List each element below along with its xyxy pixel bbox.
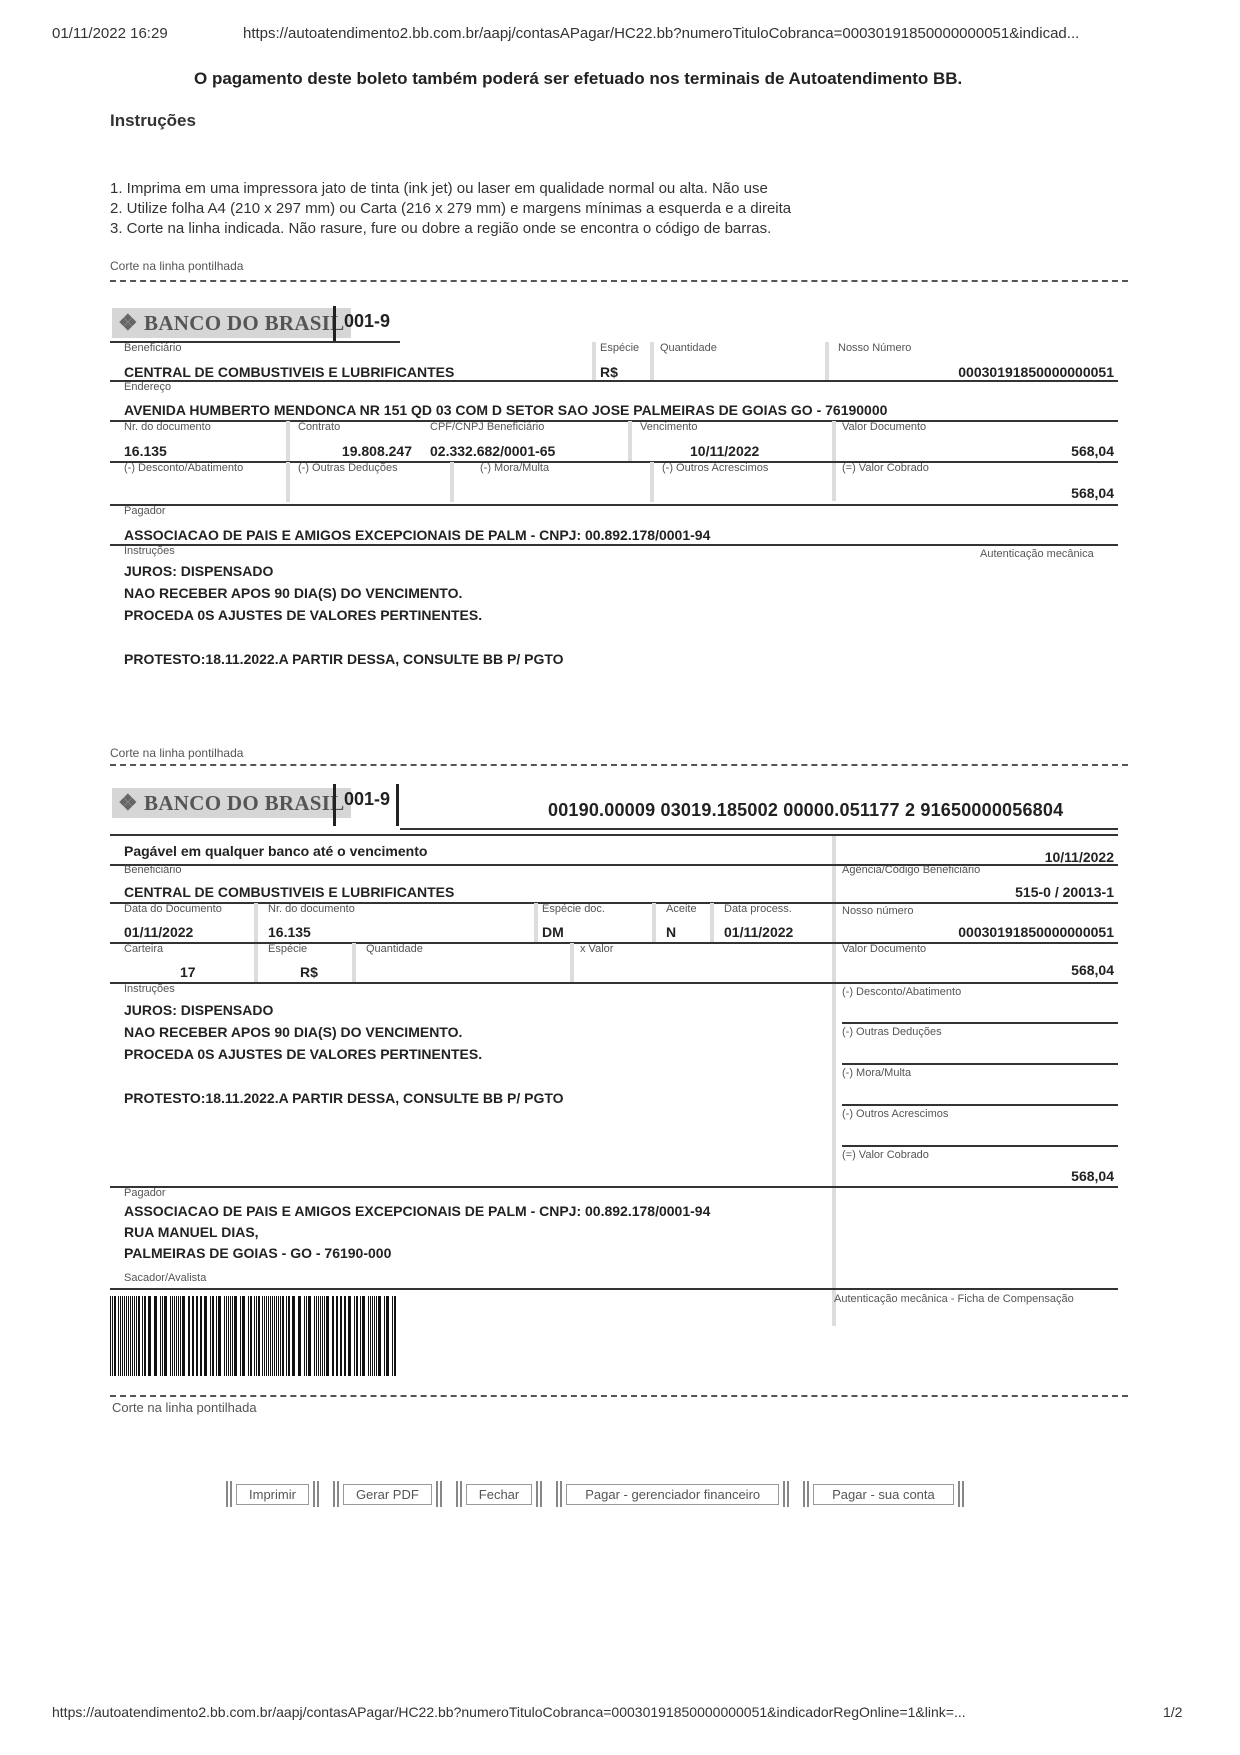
carteira-label: Carteira bbox=[124, 943, 163, 955]
pagador-label: Pagador bbox=[124, 1187, 166, 1199]
divider bbox=[652, 903, 656, 943]
instruction-line: PROTESTO:18.11.2022.A PARTIR DESSA, CONS… bbox=[124, 1087, 564, 1109]
divider bbox=[110, 504, 1118, 506]
bb-logo-icon: ❖ bbox=[118, 790, 138, 816]
divider bbox=[110, 834, 1118, 836]
pagador-value: ASSOCIACAO DE PAIS E AMIGOS EXCEPCIONAIS… bbox=[124, 1201, 710, 1264]
agencia-value: 515-0 / 20013-1 bbox=[842, 884, 1114, 900]
divider bbox=[110, 902, 1118, 904]
bank-name: BANCO DO BRASIL bbox=[144, 311, 345, 336]
divider bbox=[628, 421, 632, 461]
local-pagamento: Pagável em qualquer banco até o vencimen… bbox=[124, 843, 427, 859]
cut-line bbox=[110, 280, 1128, 282]
divider bbox=[110, 1288, 1118, 1290]
nr-documento-label: Nr. do documento bbox=[124, 421, 211, 433]
vencimento-value: 10/11/2022 bbox=[690, 443, 759, 459]
autenticacao-label: Autenticação mecânica bbox=[980, 548, 1094, 560]
divider bbox=[110, 544, 1118, 546]
divider bbox=[352, 943, 356, 983]
valor-documento-value: 568,04 bbox=[842, 443, 1114, 459]
instruction-line bbox=[124, 626, 564, 648]
payment-notice: O pagamento deste boleto também poderá s… bbox=[194, 69, 962, 89]
instructions-title: Instruções bbox=[110, 111, 196, 131]
instruction-line: PROTESTO:18.11.2022.A PARTIR DESSA, CONS… bbox=[124, 648, 564, 670]
bank-name: BANCO DO BRASIL bbox=[144, 791, 345, 816]
aceite-label: Aceite bbox=[666, 903, 697, 915]
vencimento-label: Vencimento bbox=[640, 421, 697, 433]
beneficiario-label: Beneficiário bbox=[124, 342, 181, 354]
nosso-numero-label: Nosso número bbox=[842, 905, 914, 917]
data-documento-value: 01/11/2022 bbox=[124, 924, 193, 940]
carteira-value: 17 bbox=[180, 964, 196, 980]
pagador-value: ASSOCIACAO DE PAIS E AMIGOS EXCEPCIONAIS… bbox=[124, 527, 710, 543]
divider bbox=[286, 421, 290, 461]
autenticacao-label: Autenticação mecânica - Ficha de Compens… bbox=[834, 1293, 1074, 1305]
instruction-line bbox=[124, 1065, 564, 1087]
close-button-label: Fechar bbox=[466, 1484, 532, 1505]
divider bbox=[832, 836, 836, 1326]
data-process-label: Data process. bbox=[724, 903, 792, 915]
cpf-cnpj-value: 02.332.682/0001-65 bbox=[430, 443, 555, 459]
valor-documento-label: Valor Documento bbox=[842, 943, 926, 955]
data-documento-label: Data do Documento bbox=[124, 903, 222, 915]
especie-doc-label: Espécie doc. bbox=[542, 903, 605, 915]
linha-digitavel: 00190.00009 03019.185002 00000.051177 2 … bbox=[548, 800, 1063, 821]
quantidade-label: Quantidade bbox=[366, 943, 423, 955]
beneficiario-value: CENTRAL DE COMBUSTIVEIS E LUBRIFICANTES bbox=[124, 884, 454, 900]
mora-multa-label: (-) Mora/Multa bbox=[842, 1067, 911, 1079]
page-url: https://autoatendimento2.bb.com.br/aapj/… bbox=[243, 25, 1079, 42]
pagador-line: PALMEIRAS DE GOIAS - GO - 76190-000 bbox=[124, 1243, 710, 1264]
beneficiario-label: Beneficiário bbox=[124, 864, 181, 876]
valor-documento-label: Valor Documento bbox=[842, 421, 926, 433]
x-valor-label: x Valor bbox=[580, 943, 613, 955]
divider bbox=[450, 462, 454, 502]
print-button-label: Imprimir bbox=[236, 1484, 309, 1505]
endereco-label: Endereço bbox=[124, 381, 171, 393]
instrucoes-label: Instruções bbox=[124, 983, 175, 995]
print-timestamp: 01/11/2022 16:29 bbox=[52, 25, 168, 42]
nosso-numero-value: 00030191850000000051 bbox=[838, 364, 1114, 380]
pagador-label: Pagador bbox=[124, 505, 166, 517]
desconto-label: (-) Desconto/Abatimento bbox=[842, 986, 961, 998]
valor-cobrado-value: 568,04 bbox=[842, 485, 1114, 501]
footer-url: https://autoatendimento2.bb.com.br/aapj/… bbox=[52, 1704, 966, 1720]
divider bbox=[842, 1022, 1118, 1024]
nosso-numero-value: 00030191850000000051 bbox=[842, 924, 1114, 940]
contrato-value: 19.808.247 bbox=[298, 443, 412, 459]
close-button[interactable]: Fechar bbox=[456, 1481, 542, 1507]
data-process-value: 01/11/2022 bbox=[724, 924, 793, 940]
divider bbox=[650, 462, 654, 502]
pay-account-button[interactable]: Pagar - sua conta bbox=[803, 1481, 964, 1507]
quantidade-label: Quantidade bbox=[660, 342, 717, 354]
divider bbox=[286, 462, 290, 502]
action-buttons: Imprimir Gerar PDF Fechar Pagar - gerenc… bbox=[226, 1481, 964, 1507]
contrato-label: Contrato bbox=[298, 421, 340, 433]
outros-acrescimos-label: (-) Outros Acrescimos bbox=[842, 1108, 948, 1120]
instruction-line: NAO RECEBER APOS 90 DIA(S) DO VENCIMENTO… bbox=[124, 1021, 564, 1043]
bank-code: 001-9 bbox=[333, 306, 390, 342]
instruction-item: 3. Corte na linha indicada. Não rasure, … bbox=[110, 219, 791, 239]
barcode bbox=[110, 1296, 696, 1376]
instruction-line: NAO RECEBER APOS 90 DIA(S) DO VENCIMENTO… bbox=[124, 582, 564, 604]
cpf-cnpj-label: CPF/CNPJ Beneficiário bbox=[430, 421, 544, 433]
divider bbox=[825, 342, 829, 380]
divider bbox=[110, 982, 1118, 984]
valor-cobrado-label: (=) Valor Cobrado bbox=[842, 462, 929, 474]
cut-line-label: Corte na linha pontilhada bbox=[112, 1400, 257, 1415]
cut-line-label: Corte na linha pontilhada bbox=[110, 259, 243, 273]
outros-acrescimos-label: (-) Outros Acrescimos bbox=[662, 462, 768, 474]
receipt-instructions: JUROS: DISPENSADO NAO RECEBER APOS 90 DI… bbox=[124, 560, 564, 670]
cut-line bbox=[110, 1395, 1128, 1397]
print-button[interactable]: Imprimir bbox=[226, 1481, 319, 1507]
outras-deducoes-label: (-) Outras Deduções bbox=[298, 462, 398, 474]
divider bbox=[592, 342, 596, 380]
divider bbox=[842, 1104, 1118, 1106]
bank-logo: ❖ BANCO DO BRASIL bbox=[112, 308, 351, 338]
pay-account-button-label: Pagar - sua conta bbox=[813, 1484, 954, 1505]
divider bbox=[110, 942, 1118, 944]
divider bbox=[400, 828, 1118, 830]
compensation-instructions: JUROS: DISPENSADO NAO RECEBER APOS 90 DI… bbox=[124, 999, 564, 1109]
bb-logo-icon: ❖ bbox=[118, 310, 138, 336]
outras-deducoes-label: (-) Outras Deduções bbox=[842, 1026, 942, 1038]
pagador-line: ASSOCIACAO DE PAIS E AMIGOS EXCEPCIONAIS… bbox=[124, 1201, 710, 1222]
generate-pdf-button-label: Gerar PDF bbox=[343, 1484, 432, 1505]
instruction-item: 2. Utilize folha A4 (210 x 297 mm) ou Ca… bbox=[110, 199, 791, 219]
mora-multa-label: (-) Mora/Multa bbox=[480, 462, 549, 474]
especie-value: R$ bbox=[300, 964, 318, 980]
divider bbox=[110, 420, 1118, 422]
divider bbox=[534, 903, 538, 943]
especie-label: Espécie bbox=[600, 342, 639, 354]
valor-documento-value: 568,04 bbox=[842, 962, 1114, 978]
sacador-label: Sacador/Avalista bbox=[124, 1272, 206, 1284]
instruction-line: JUROS: DISPENSADO bbox=[124, 999, 564, 1021]
valor-cobrado-label: (=) Valor Cobrado bbox=[842, 1149, 929, 1161]
endereco-value: AVENIDA HUMBERTO MENDONCA NR 151 QD 03 C… bbox=[124, 402, 887, 418]
page-number: 1/2 bbox=[1163, 1704, 1182, 1720]
valor-cobrado-value: 568,04 bbox=[842, 1168, 1114, 1184]
cut-line bbox=[110, 764, 1128, 766]
cut-line-label: Corte na linha pontilhada bbox=[110, 746, 243, 760]
pay-financial-manager-button-label: Pagar - gerenciador financeiro bbox=[566, 1484, 779, 1505]
vencimento-value: 10/11/2022 bbox=[842, 849, 1114, 865]
especie-doc-value: DM bbox=[542, 924, 564, 940]
instruction-line: PROCEDA 0S AJUSTES DE VALORES PERTINENTE… bbox=[124, 604, 564, 626]
pagador-line: RUA MANUEL DIAS, bbox=[124, 1222, 710, 1243]
divider bbox=[842, 1063, 1118, 1065]
bank-logo: ❖ BANCO DO BRASIL bbox=[112, 788, 351, 818]
nr-documento-value: 16.135 bbox=[268, 924, 311, 940]
instructions-list: 1. Imprima em uma impressora jato de tin… bbox=[110, 179, 791, 239]
bank-code: 001-9 bbox=[333, 784, 399, 826]
agencia-label: Agência/Código Beneficiário bbox=[842, 864, 980, 876]
instruction-item: 1. Imprima em uma impressora jato de tin… bbox=[110, 179, 791, 199]
nr-documento-value: 16.135 bbox=[124, 443, 167, 459]
aceite-value: N bbox=[666, 924, 676, 940]
divider bbox=[570, 943, 574, 983]
especie-label: Espécie bbox=[268, 943, 307, 955]
instruction-line: JUROS: DISPENSADO bbox=[124, 560, 564, 582]
generate-pdf-button[interactable]: Gerar PDF bbox=[333, 1481, 442, 1507]
divider bbox=[110, 461, 1118, 463]
instruction-line: PROCEDA 0S AJUSTES DE VALORES PERTINENTE… bbox=[124, 1043, 564, 1065]
pay-financial-manager-button[interactable]: Pagar - gerenciador financeiro bbox=[556, 1481, 789, 1507]
divider bbox=[110, 380, 1118, 382]
divider bbox=[110, 1186, 1118, 1188]
divider bbox=[842, 1145, 1118, 1147]
nr-documento-label: Nr. do documento bbox=[268, 903, 355, 915]
divider bbox=[710, 903, 714, 943]
instrucoes-label: Instruções bbox=[124, 545, 175, 557]
divider bbox=[650, 342, 654, 380]
beneficiario-value: CENTRAL DE COMBUSTIVEIS E LUBRIFICANTES bbox=[124, 364, 454, 380]
nosso-numero-label: Nosso Número bbox=[838, 342, 911, 354]
especie-value: R$ bbox=[600, 364, 618, 380]
desconto-label: (-) Desconto/Abatimento bbox=[124, 462, 243, 474]
